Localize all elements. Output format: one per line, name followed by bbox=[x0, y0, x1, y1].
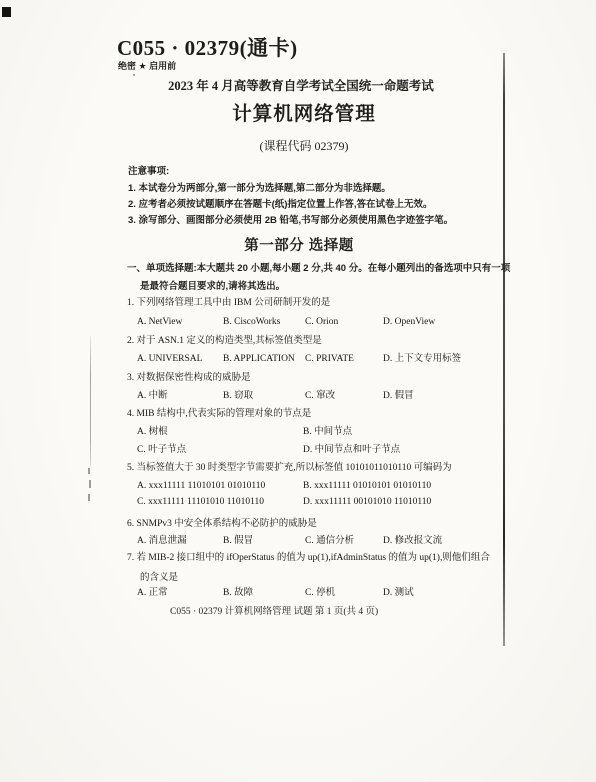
scan-right-edge-line bbox=[503, 53, 505, 646]
option-a: A. 树根 bbox=[137, 427, 168, 438]
scan-dot-artifact bbox=[133, 74, 135, 76]
paper-code: C055 · 02379(通卡) bbox=[117, 36, 298, 61]
option-d: D. 测试 bbox=[383, 588, 414, 599]
scan-dash-artifact bbox=[88, 468, 90, 474]
note-item: 3. 涂写部分、画图部分必须使用 2B 铅笔,书写部分必须使用黑色字迹签字笔。 bbox=[128, 215, 453, 226]
option-b: B. 中间节点 bbox=[303, 427, 352, 438]
notes-title: 注意事项: bbox=[128, 166, 169, 177]
option-c: C. 停机 bbox=[305, 588, 335, 599]
option-c: C. 窜改 bbox=[305, 391, 335, 402]
question-stem: 3. 对数据保密性构成的威胁是 bbox=[127, 373, 251, 384]
question-stem: 7. 若 MIB-2 接口组中的 ifOperStatus 的值为 up(1),… bbox=[127, 553, 490, 564]
option-b: B. 故障 bbox=[223, 588, 253, 599]
scan-dash-artifact bbox=[89, 480, 91, 488]
scan-corner-mark bbox=[2, 7, 11, 17]
option-d: D. xxx11111 00101010 11010110 bbox=[303, 497, 431, 508]
question-stem: 1. 下列网络管理工具中由 IBM 公司研制开发的是 bbox=[127, 298, 330, 309]
option-a: A. UNIVERSAL bbox=[137, 354, 202, 365]
option-c: C. PRIVATE bbox=[305, 354, 354, 365]
option-d: D. 假冒 bbox=[383, 391, 414, 402]
option-d: D. OpenView bbox=[383, 317, 435, 328]
option-b: B. xxx11111 01010101 01010110 bbox=[303, 481, 431, 492]
subject-title: 计算机网络管理 bbox=[232, 103, 376, 126]
question-stem: 6. SNMPv3 中安全体系结构不必防护的威胁是 bbox=[127, 519, 317, 530]
option-a: A. 正常 bbox=[137, 588, 168, 599]
section-intro-line1: 一、单项选择题:本大题共 20 小题,每小题 2 分,共 40 分。在每小题列出… bbox=[127, 263, 510, 274]
question-stem: 5. 当标签值大于 30 时类型字节需要扩充,所以标签值 10101011010… bbox=[127, 463, 452, 474]
page-footer: C055 · 02379 计算机网络管理 试题 第 1 页(共 4 页) bbox=[170, 607, 378, 618]
scan-dash-artifact bbox=[88, 494, 90, 501]
option-d: D. 中间节点和叶子节点 bbox=[303, 445, 400, 456]
option-c: C. 叶子节点 bbox=[137, 445, 186, 456]
note-item: 2. 应考者必须按试题顺序在答题卡(纸)指定位置上作答,答在试卷上无效。 bbox=[128, 199, 433, 210]
option-d: D. 修改报文流 bbox=[383, 536, 442, 547]
option-b: B. 窃取 bbox=[223, 391, 253, 402]
option-c: C. Orion bbox=[305, 317, 338, 328]
exam-session-title: 2023 年 4 月高等教育自学考试全国统一命题考试 bbox=[168, 79, 434, 94]
option-b: B. APPLICATION bbox=[223, 354, 295, 365]
option-a: A. 中断 bbox=[137, 391, 168, 402]
option-c: C. xxx11111 11101010 11010110 bbox=[137, 497, 264, 508]
section-intro-line2: 是最符合题目要求的,请将其选出。 bbox=[140, 281, 285, 292]
option-a: A. xxx11111 11010101 01010110 bbox=[137, 481, 265, 492]
secrecy-notice: 绝密 ★ 启用前 bbox=[118, 61, 176, 72]
course-code: (课程代码 02379) bbox=[260, 139, 349, 153]
option-c: C. 通信分析 bbox=[305, 536, 354, 547]
question-stem: 4. MIB 结构中,代表实际的管理对象的节点是 bbox=[127, 409, 311, 420]
option-b: B. 假冒 bbox=[223, 536, 253, 547]
option-a: A. 消息泄漏 bbox=[137, 536, 187, 547]
note-item: 1. 本试卷分为两部分,第一部分为选择题,第二部分为非选择题。 bbox=[128, 183, 391, 194]
scanned-exam-paper: C055 · 02379(通卡) 绝密 ★ 启用前 2023 年 4 月高等教育… bbox=[0, 0, 596, 782]
option-b: B. CiscoWorks bbox=[223, 317, 280, 328]
option-a: A. NetView bbox=[137, 317, 182, 328]
section-title: 第一部分 选择题 bbox=[244, 238, 354, 255]
question-stem: 2. 对于 ASN.1 定义的构造类型,其标签值类型是 bbox=[127, 336, 322, 347]
question-stem-line2: 的含义是 bbox=[140, 573, 178, 584]
option-d: D. 上下文专用标签 bbox=[383, 354, 461, 365]
scan-left-artifact-line bbox=[90, 336, 91, 466]
